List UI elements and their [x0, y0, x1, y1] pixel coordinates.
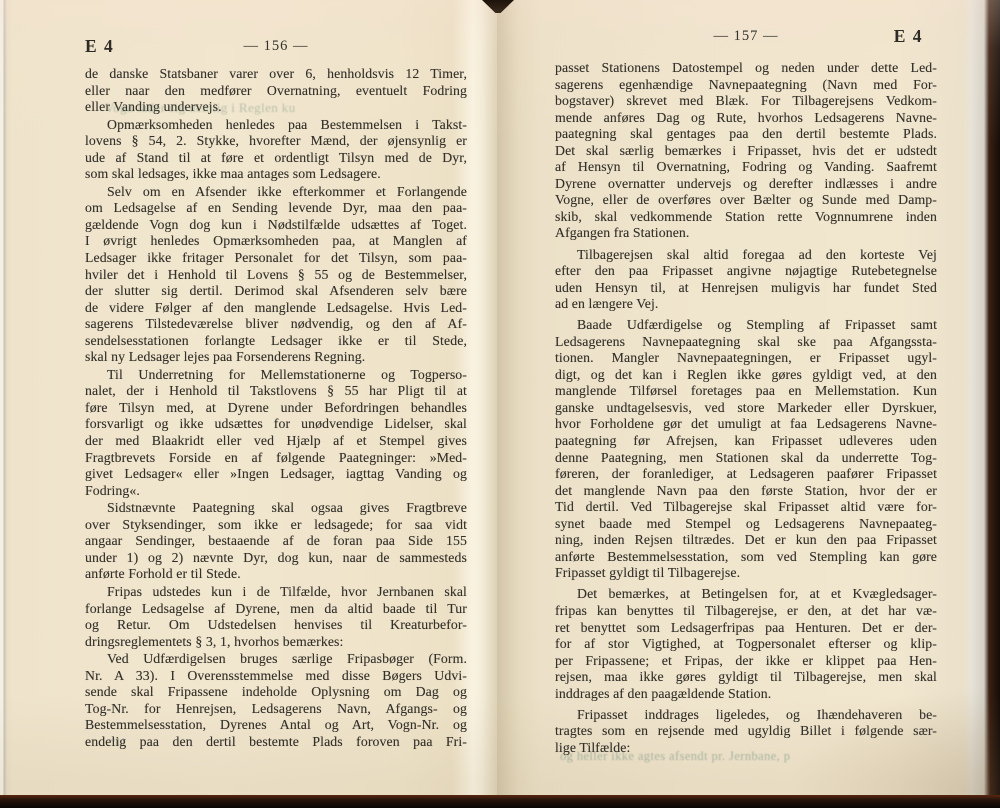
text-line: I øvrigt henledes Opmærksomheden paa, at…: [85, 233, 467, 250]
text-line: Det bemærkes, at Betingelsen for, at et …: [555, 586, 937, 603]
text-line: rejsen, maa ikke gøres gyldigt til Tilba…: [555, 669, 937, 686]
paragraph: passet Stationens Datostempel og neden u…: [555, 60, 937, 242]
page-right-157: — 157 — E 4 passet Stationens Datostempe…: [555, 26, 937, 756]
page-left-156: E 4 — 156 — de danske Statsbaner varer o…: [85, 36, 467, 750]
text-line: under 1) og 2) nævnte Dyr, dog kun, naar…: [85, 550, 467, 567]
text-line: sagerens egenhændige Navnepaategning (Na…: [555, 77, 937, 94]
text-line: givet Ledsager« eller »Ingen Ledsager, i…: [85, 466, 467, 483]
paragraph: Tilbagerejsen skal altid foregaa ad den …: [555, 247, 937, 313]
text-line: gældende Vogn dog kun i Nødstilfælde uds…: [85, 217, 467, 234]
text-line: Ledsager ikke fritager Personalet for de…: [85, 250, 467, 267]
text-line: Tilbagerejsen skal altid foregaa ad den …: [555, 247, 937, 264]
text-line: hviler det i Henhold til Lovens § 55 og …: [85, 267, 467, 284]
text-line: Dyrene overnatter undervejs og derefter …: [555, 176, 937, 193]
text-line: dringsreglementets § 3, 1, hvorhos bemær…: [85, 634, 467, 651]
text-line: paategning før Afrejsen, kan Fripasset u…: [555, 433, 937, 450]
page-number: — 157 —: [555, 28, 937, 45]
text-line: føre Tilsyn med, at Dyrene under Befordr…: [85, 400, 467, 417]
text-line: digt, og det kan i Reglen ikke gøres gyl…: [555, 367, 937, 384]
paragraph: Sidstnævnte Paategning skal ogsaa gives …: [85, 500, 467, 583]
text-line: Ved Udfærdigelsen bruges særlige Fripasb…: [85, 651, 467, 668]
text-line: over Styksendinger, som ikke er ledsaged…: [85, 517, 467, 534]
text-line: forlange Ledsagelse af Dyrene, men da al…: [85, 601, 467, 618]
text-line: anførte Bestemmelsesstation, som ved Ste…: [555, 549, 937, 566]
text-line: af Hensyn til Overnatning, Fodring og Va…: [555, 159, 937, 176]
paragraph: Det bemærkes, at Betingelsen for, at et …: [555, 586, 937, 702]
text-line: Opmærksomheden henledes paa Bestemmelsen…: [85, 117, 467, 134]
scan-bottom-edge: [0, 795, 1000, 808]
paragraph: Til Underretning for Mellemstationerne o…: [85, 367, 467, 499]
text-line: tragtes som en rejsende med ugyldig Bill…: [555, 723, 937, 740]
text-line: og Retur. Om Udstedelsen henvises til Kr…: [85, 617, 467, 634]
spine-gap-notch: [482, 0, 514, 13]
text-line: der med Blaakridt eller ved Hjælp af et …: [85, 433, 467, 450]
text-line: føreren, der foranlediger, at Ledsageren…: [555, 466, 937, 483]
text-line: de danske Statsbaner varer over 6, henho…: [85, 66, 467, 83]
text-line: synet baade med Stempel og Ledsagerens N…: [555, 516, 937, 533]
text-line: sendelsesstationen forlangte Ledsager ik…: [85, 333, 467, 350]
text-line: tionen. Mangler Navnepaategningen, er Fr…: [555, 350, 937, 367]
text-line: Til Underretning for Mellemstationerne o…: [85, 367, 467, 384]
text-line: ude af Stand til at føre et ordentligt T…: [85, 150, 467, 167]
text-line: ret benyttet som Ledsagerfripas paa Hent…: [555, 620, 937, 637]
text-line: bogstaver) skrevet med Blæk. For Tilbage…: [555, 93, 937, 110]
page-body: de danske Statsbaner varer over 6, henho…: [85, 66, 467, 750]
text-line: Vogne, eller de overføres over Bælter og…: [555, 192, 937, 209]
text-line: Ledsagerens Navnepaategning skal ske paa…: [555, 334, 937, 351]
paragraph: Selv om en Afsender ikke efterkommer et …: [85, 184, 467, 366]
text-line: ganske undtagelsesvis, ved store Markede…: [555, 400, 937, 417]
text-line: ning, inden Rejsen tiltrædes. Det er kun…: [555, 532, 937, 549]
text-line: passet Stationens Datostempel og neden u…: [555, 60, 937, 77]
page-body: passet Stationens Datostempel og neden u…: [555, 60, 937, 756]
page-header: E 4 — 156 —: [85, 36, 467, 66]
text-line: skal ny Ledsager lejes paa Forsenderens …: [85, 349, 467, 366]
text-line: nalet, der i Henhold til Takstlovens § 5…: [85, 383, 467, 400]
text-line: paategning skal gentages paa den dertil …: [555, 126, 937, 143]
text-line: Det skal særlig bemærkes i Fripasset, hv…: [555, 143, 937, 160]
text-line: endelig paa den dertil bestemte Plads fo…: [85, 734, 467, 751]
text-line: Selv om en Afsender ikke efterkommer et …: [85, 184, 467, 201]
text-line: manglende Tilførsel foretages paa en Mel…: [555, 383, 937, 400]
signature-mark: *11: [110, 736, 126, 748]
text-line: eller naar den medfører Overnatning, eve…: [85, 83, 467, 100]
page-header: — 157 — E 4: [555, 26, 937, 56]
text-line: for af stor Vigtighed, at Togpersonalet …: [555, 636, 937, 653]
book-scan: E 4 — 156 — de danske Statsbaner varer o…: [0, 0, 1000, 808]
text-line: denne Paategning, men Stationen skal da …: [555, 450, 937, 467]
text-line: fripas kan benyttes til Tilbagerejse, er…: [555, 603, 937, 620]
page-number: — 156 —: [85, 38, 467, 55]
text-line: Tog-Nr. for Henrejsen, Ledsagerens Navn,…: [85, 701, 467, 718]
text-line: sende skal Fripassene indeholde Oplysnin…: [85, 684, 467, 701]
text-line: de videre Følger af den manglende Ledsag…: [85, 300, 467, 317]
text-line: Fripasset gyldigt til Tilbagerejse.: [555, 565, 937, 582]
text-line: mende anføres Dag og Rute, hvorhos Ledsa…: [555, 110, 937, 127]
text-line: eller Vanding undervejs.: [85, 99, 467, 116]
text-line: Bestemmelsesstation, Dyrenes Antal og Ar…: [85, 717, 467, 734]
paragraph: Fripasset inddrages ligeledes, og Ihænde…: [555, 707, 937, 757]
text-line: Fodring«.: [85, 483, 467, 500]
gutter-shadow: [497, 0, 523, 808]
text-line: Fripas udstedes kun i de Tilfælde, hvor …: [85, 584, 467, 601]
text-line: Fragtbrevets Forside en af følgende Paat…: [85, 450, 467, 467]
paragraph: Baade Udfærdigelse og Stempling af Fripa…: [555, 317, 937, 582]
text-line: angaar Sendinger, bestaaende af de foran…: [85, 533, 467, 550]
text-line: Sidstnævnte Paategning skal ogsaa gives …: [85, 500, 467, 517]
text-line: Fripasset inddrages ligeledes, og Ihænde…: [555, 707, 937, 724]
paragraph: Opmærksomheden henledes paa Bestemmelsen…: [85, 117, 467, 183]
text-line: som skal ledsages, ikke maa antages som …: [85, 166, 467, 183]
paragraph: Fripas udstedes kun i de Tilfælde, hvor …: [85, 584, 467, 650]
text-line: uden Hensyn til, at Henrejsen muligvis h…: [555, 280, 937, 297]
text-line: om Ledsagelse af en Sending levende Dyr,…: [85, 200, 467, 217]
text-line: Nr. A 33). I Overensstemmelse med disse …: [85, 668, 467, 685]
edition-label: E 4: [894, 26, 923, 47]
paragraph: de danske Statsbaner varer over 6, henho…: [85, 66, 467, 116]
text-line: inddrages af den paagældende Station.: [555, 686, 937, 703]
text-line: forsvarligt og ikke udsættes for unødven…: [85, 416, 467, 433]
text-line: lige Tilfælde:: [555, 740, 937, 757]
text-line: Afgangen fra Stationen.: [555, 225, 937, 242]
text-line: det manglende Navn paa den første Statio…: [555, 483, 937, 500]
text-line: anførte Forhold er til Stede.: [85, 566, 467, 583]
text-line: per Fripassene; et Fripas, der ikke er k…: [555, 653, 937, 670]
text-line: Tid dertil. Ved Tilbagerejse skal Fripas…: [555, 499, 937, 516]
text-line: sagerens Tilstedeværelse bliver nødvendi…: [85, 316, 467, 333]
text-line: skib, skal vedkommende Station rette Vog…: [555, 209, 937, 226]
paragraph: Ved Udfærdigelsen bruges særlige Fripasb…: [85, 651, 467, 750]
text-line: Baade Udfærdigelse og Stempling af Fripa…: [555, 317, 937, 334]
text-line: lovens § 54, 2. Stykke, hvorefter Mænd, …: [85, 133, 467, 150]
text-line: ad en længere Vej.: [555, 296, 937, 313]
text-line: der slutter sig dertil. Derimod skal Afs…: [85, 283, 467, 300]
text-line: hvor Forholdene gør det umuligt at faa L…: [555, 416, 937, 433]
text-line: efter den paa Fripasset angivne nøjagtig…: [555, 263, 937, 280]
